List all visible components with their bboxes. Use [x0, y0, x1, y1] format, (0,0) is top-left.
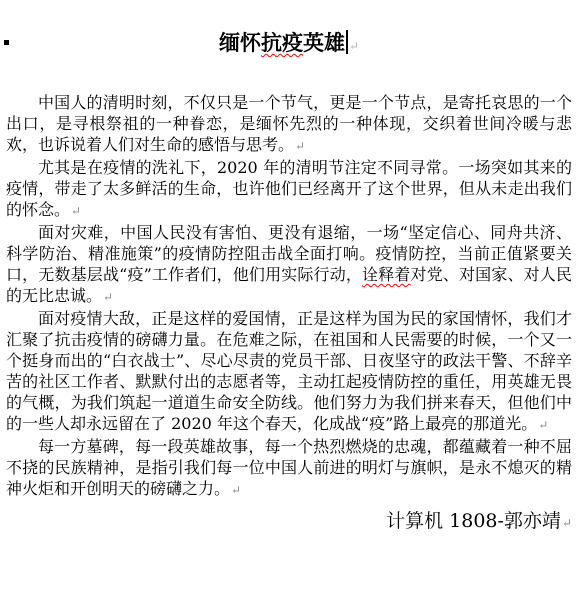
signature-line: 计算机 1808-郭亦靖↵: [6, 509, 572, 535]
paragraph: 面对疫情大敌，正是这样的爱国情，正是这样为国为民的家国情怀，我们才汇聚了抗击疫情…: [6, 308, 572, 436]
paragraph-mark-icon: ↵: [561, 516, 572, 530]
text-run: 中国人的清明时刻，不仅只是一个节气，更是一个节点，是寄托哀思的一个出口，是寻根祭…: [6, 93, 572, 154]
text-run: 英雄: [303, 30, 345, 55]
paragraph-mark-icon: ↵: [348, 39, 359, 53]
document-edit-area[interactable]: 缅怀抗疫英雄↵ 中国人的清明时刻，不仅只是一个节气，更是一个节点，是寄托哀思的一…: [0, 0, 578, 599]
paragraph: 中国人的清明时刻，不仅只是一个节气，更是一个节点，是寄托哀思的一个出口，是寻根祭…: [6, 92, 572, 157]
misspelled-text-run: 抗疫: [261, 30, 303, 55]
paragraph: 尤其是在疫情的洗礼下，2020 年的清明节注定不同寻常。一场突如其来的疫情，带走…: [6, 157, 572, 222]
paragraph: 面对灾难，中国人民没有害怕、更没有退缩，一场“坚定信心、同舟共济、科学防治、精准…: [6, 222, 572, 308]
text-run: 尤其是在疫情的洗礼下，2020 年的清明节注定不同寻常。一场突如其来的疫情，带走…: [6, 158, 572, 219]
text-run: 每一方墓碑，每一段英雄故事，每一个热烈燃烧的忠魂，都蕴藏着一种不屈不挠的民族精神…: [6, 437, 572, 498]
paragraph-mark-icon: ↵: [537, 418, 548, 432]
paragraph-mark-icon: ↵: [294, 139, 305, 153]
text-run: 缅怀: [219, 30, 261, 55]
anchor-square-icon: [4, 40, 9, 45]
paragraph-mark-icon: ↵: [230, 483, 241, 497]
text-run: 面对疫情大敌，正是这样的爱国情，正是这样为国为民的家国情怀，我们才汇聚了抗击疫情…: [6, 309, 572, 433]
signature-text: 计算机 1808-郭亦靖: [386, 510, 561, 532]
paragraph-mark-icon: ↵: [70, 204, 81, 218]
paragraph: 每一方墓碑，每一段英雄故事，每一个热烈燃烧的忠魂，都蕴藏着一种不屈不挠的民族精神…: [6, 436, 572, 501]
misspelled-text-run: 诠释着: [362, 265, 410, 284]
document-body: 中国人的清明时刻，不仅只是一个节气，更是一个节点，是寄托哀思的一个出口，是寻根祭…: [6, 92, 572, 501]
document-title: 缅怀抗疫英雄↵: [6, 30, 572, 59]
paragraph-mark-icon: ↵: [102, 290, 113, 304]
